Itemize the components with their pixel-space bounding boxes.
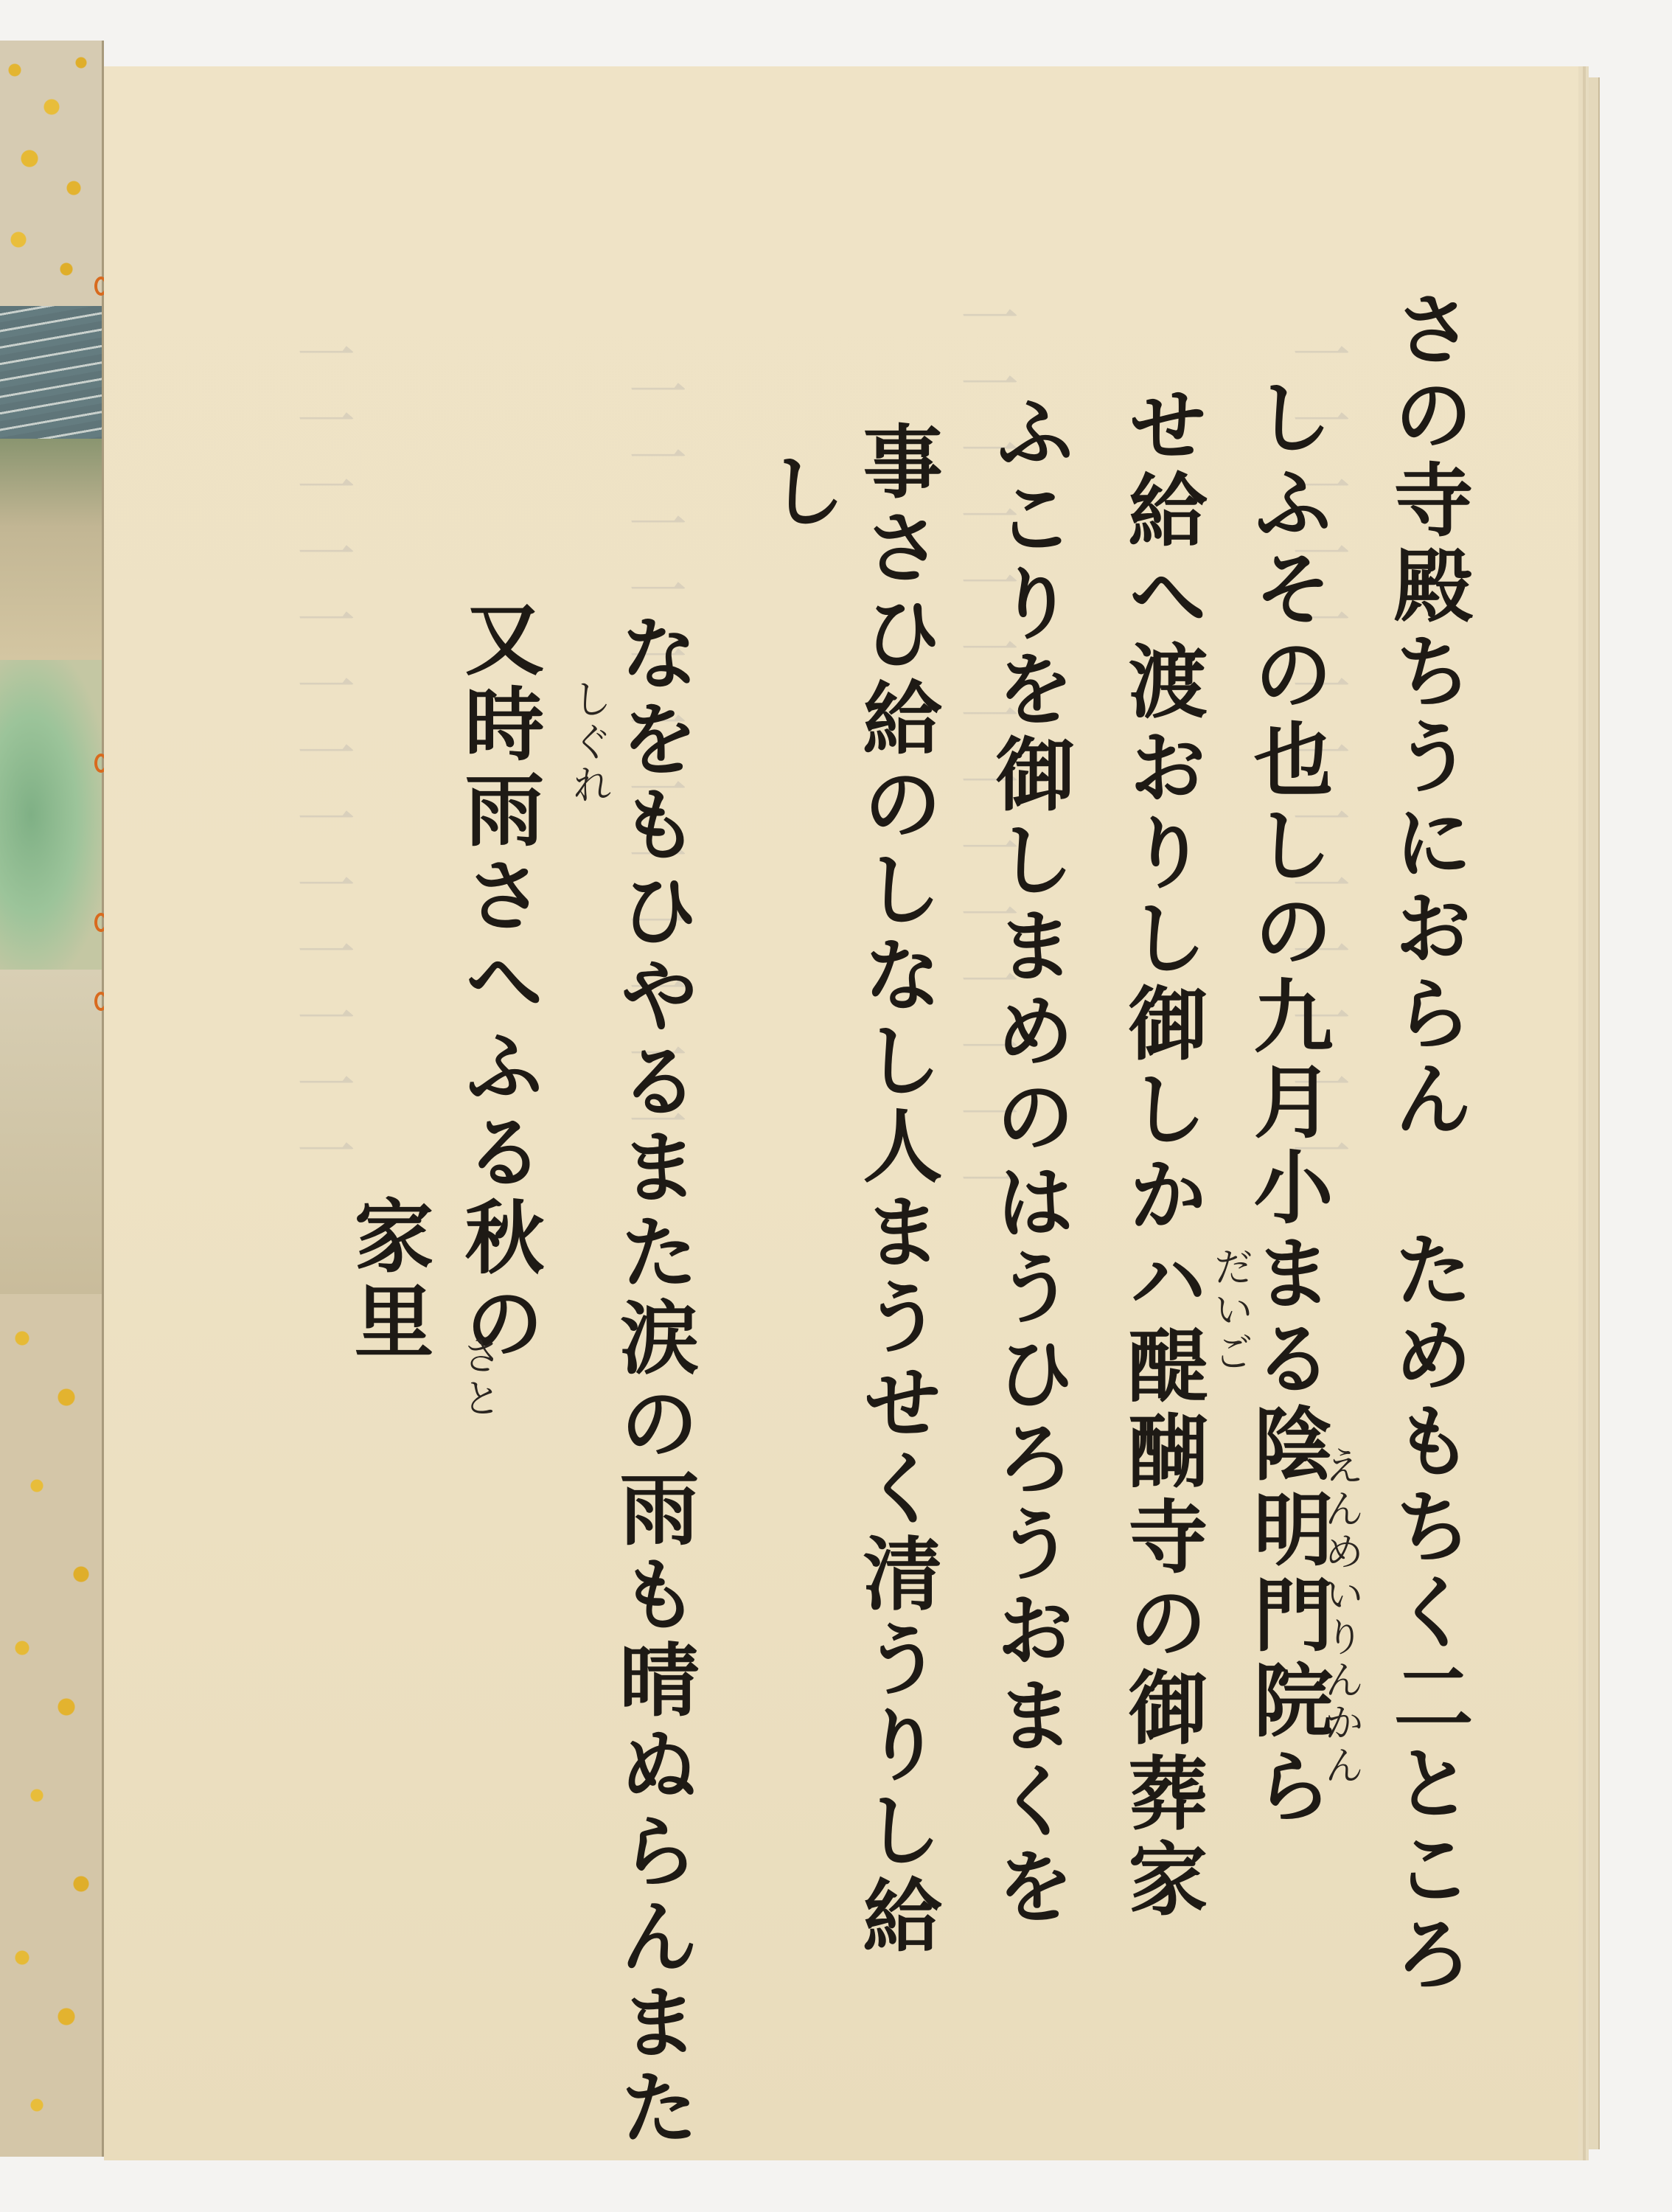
poem-column-1: なをもひやるまた涙の雨も晴ぬらんまた: [613, 612, 692, 2152]
text-column-5: 事さひ給のしなし人まうせく清うりし給: [856, 420, 936, 1960]
facing-illustrated-page: [0, 41, 103, 2157]
painted-ground: [0, 970, 103, 1294]
text-column-1: さの寺殿ちうにおらん ためもちく二ところ: [1387, 288, 1466, 1998]
text-column-6: し: [760, 450, 840, 535]
furigana-daigo: だいご: [1202, 1246, 1259, 1374]
text-column-3: せ給へ渡おりし御しかハ醍醐寺の御葬家: [1121, 383, 1201, 1923]
manuscript-page: 一一一一一一一一一一一一一 一一一一一一一一一一一一一一 一一一一一一一一一一一…: [104, 66, 1578, 2160]
painted-reeds: [0, 439, 103, 660]
furigana-sato: さと: [450, 1335, 507, 1420]
painted-green-hill: [0, 660, 103, 972]
signature: 家里: [347, 1194, 427, 1366]
gold-leaf-area-top: [0, 41, 103, 306]
gold-leaf-area-bottom: [0, 1294, 103, 2157]
text-column-4: ふこりを御しまめのはうひろうおまくを: [989, 391, 1068, 1930]
show-through-text: 一一一一一一一一一一一一一: [288, 324, 353, 1187]
furigana-shigure: しぐれ: [561, 678, 618, 807]
poem-column-2: 又時雨さへふる秋の: [458, 597, 537, 1367]
furigana-inmeimon: えんめいりんかん: [1313, 1445, 1370, 1787]
painted-water: [0, 306, 103, 439]
